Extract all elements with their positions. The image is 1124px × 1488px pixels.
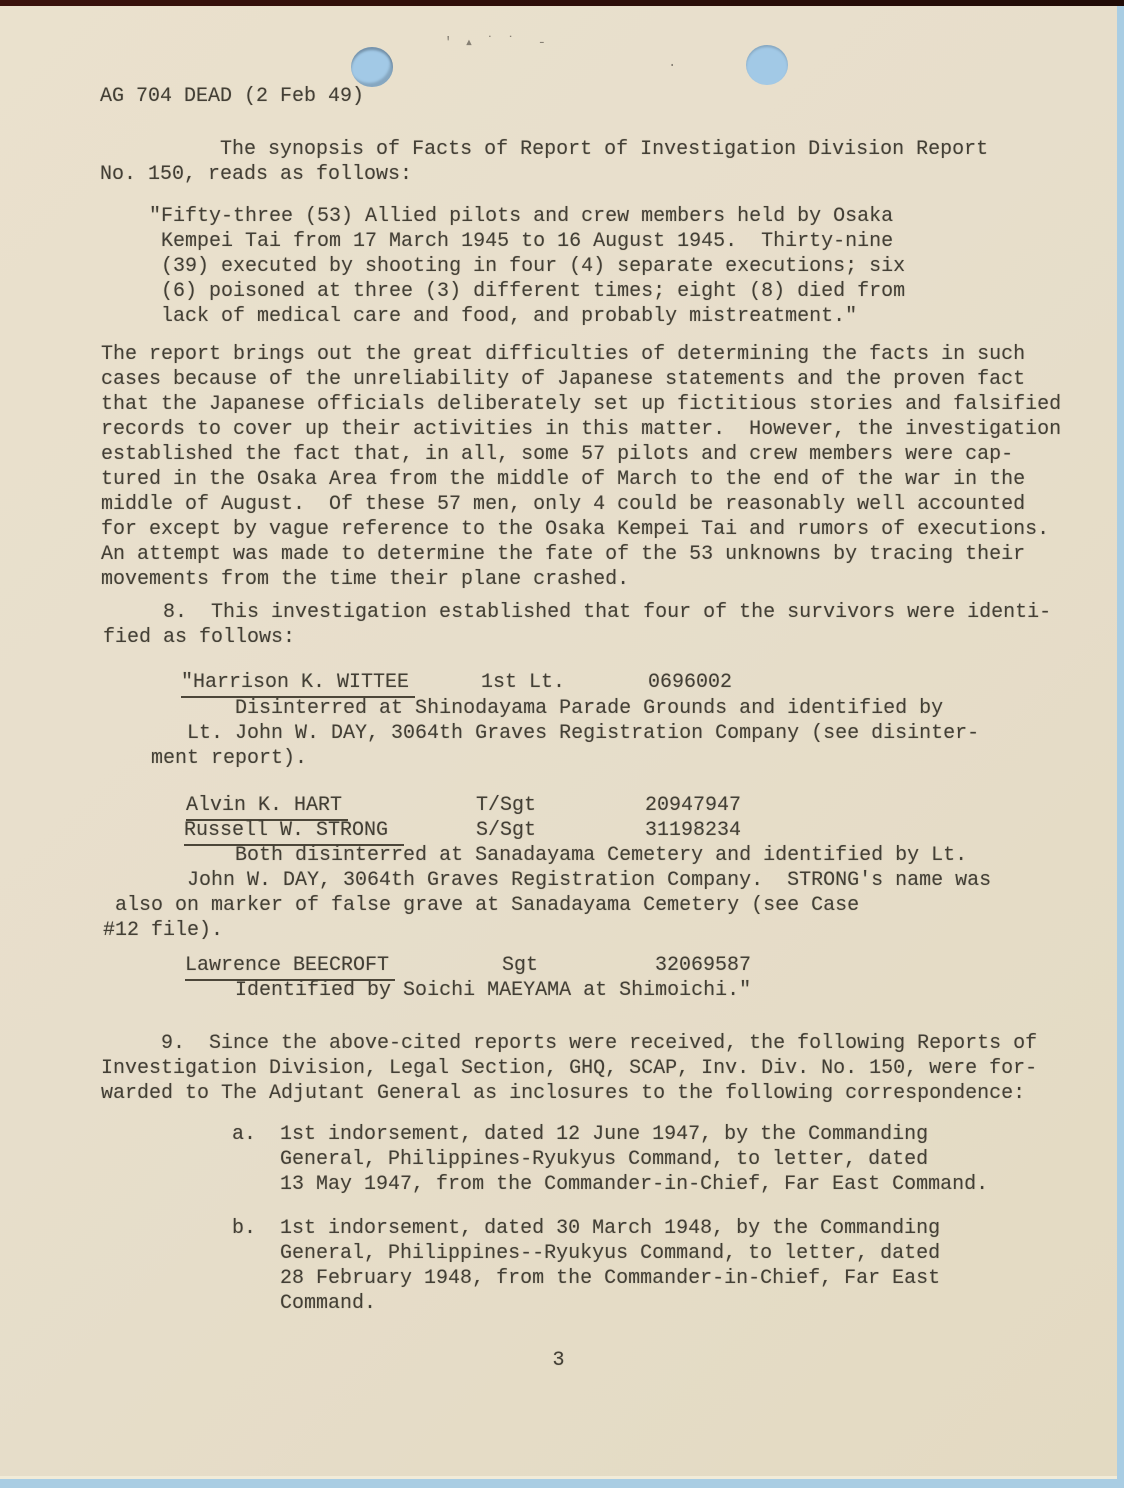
note-hart-strong-disinterment: Both disinterred at Sanadayama Cemetery … <box>103 843 991 943</box>
service-member-rank: Sgt <box>502 953 538 978</box>
punch-hole-left <box>351 47 393 87</box>
service-member-name: Alvin K. HART <box>186 793 348 821</box>
identified-row-strong: Russell W. STRONG S/Sgt 31198234 <box>0 818 1117 844</box>
document-reference-line: AG 704 DEAD (2 Feb 49) <box>100 84 364 109</box>
identified-row-beecroft: Lawrence BEECROFT Sgt 32069587 <box>0 953 1117 979</box>
scan-mark-dot: . <box>668 56 678 70</box>
service-member-serial: 31198234 <box>645 818 741 843</box>
note-wittee-disinterment: Disinterred at Shinodayama Parade Ground… <box>103 696 979 771</box>
service-member-serial: 0696002 <box>648 670 732 695</box>
service-member-rank: 1st Lt. <box>481 670 565 695</box>
service-member-serial: 32069587 <box>655 953 751 978</box>
identified-row-hart: Alvin K. HART T/Sgt 20947947 <box>0 793 1117 819</box>
paragraph-report-difficulties: The report brings out the great difficul… <box>101 342 1061 592</box>
page-number: 3 <box>0 1348 1117 1373</box>
document-page: AG 704 DEAD (2 Feb 49) The synopsis of F… <box>0 0 1117 1479</box>
blockquote-synopsis-of-facts: "Fifty-three (53) Allied pilots and crew… <box>101 204 905 329</box>
paragraph-item-8: 8. This investigation established that f… <box>103 600 1051 650</box>
scan-top-edge <box>0 0 1124 6</box>
paragraph-item-9: 9. Since the above-cited reports were re… <box>101 1031 1037 1106</box>
correspondence-item-b: b. 1st indorsement, dated 30 March 1948,… <box>100 1216 940 1316</box>
paragraph-synopsis-intro: The synopsis of Facts of Report of Inves… <box>100 137 988 187</box>
punch-hole-right <box>746 45 788 85</box>
identified-row-wittee: "Harrison K. WITTEE 1st Lt. 0696002 <box>0 670 1117 696</box>
service-member-serial: 20947947 <box>645 793 741 818</box>
service-member-name: "Harrison K. WITTEE <box>181 670 415 698</box>
service-member-name: Lawrence BEECROFT <box>185 953 395 981</box>
scan-mark-cluster: ' ▴ ˙ ˙ - <box>444 36 548 50</box>
note-beecroft-identification: Identified by Soichi MAEYAMA at Shimoich… <box>103 978 751 1003</box>
service-member-rank: S/Sgt <box>476 818 536 843</box>
service-member-rank: T/Sgt <box>476 793 536 818</box>
service-member-name: Russell W. STRONG <box>184 818 404 846</box>
correspondence-item-a: a. 1st indorsement, dated 12 June 1947, … <box>100 1122 988 1197</box>
